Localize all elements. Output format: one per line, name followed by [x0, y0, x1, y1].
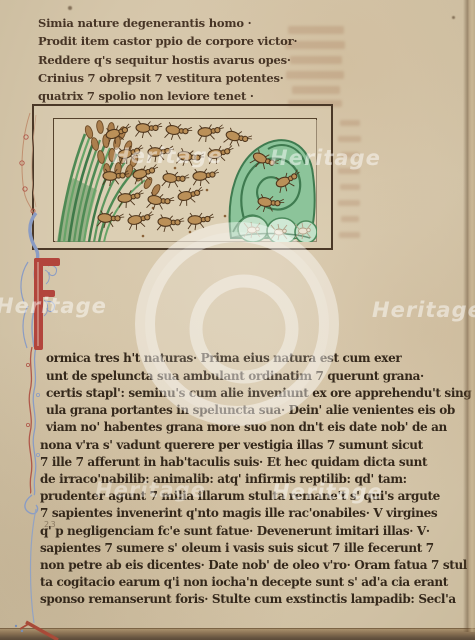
text-line: sapientes 7 sumere s' oleum i vasis suis… — [40, 540, 400, 557]
text-line: de irraco'nabilib: animalib: atq' infirm… — [40, 471, 400, 488]
text-line: sponso remanserunt foris· Stulte cum exs… — [40, 591, 400, 608]
heritage-watermark-text: Heritage — [372, 298, 475, 322]
text-line: prudenter agunt 7 milia illarum stulta r… — [40, 488, 400, 505]
page-right-edge — [463, 0, 475, 632]
ink-speck — [452, 16, 455, 19]
text-line: ta cogitacio earum q'i non iocha'n decep… — [40, 574, 400, 591]
text-line: ormica tres h't naturas· Prima eius natu… — [46, 350, 400, 367]
text-line: non petre ab eis dicentes· Date nob' de … — [40, 557, 400, 574]
text-line: 7 ille 7 afferunt in hab'taculis suis· E… — [40, 454, 400, 471]
text-line: q' p negligenciam fc'e sunt fatue· Deven… — [40, 523, 400, 540]
verse-line: quatrix 7 spolio non leviore tenet · — [38, 87, 338, 105]
parchment-page: Simia nature degenerantis homo · Prodit … — [0, 0, 475, 640]
text-line: unt de speluncta sua ambulant ordinatim … — [46, 368, 400, 385]
text-line: viam no' habentes grana more suo non dn'… — [46, 419, 400, 436]
text-line: certis stapl': seminu's cum alie inveniu… — [46, 385, 400, 402]
verse-line: Crinius 7 obrepsit 7 vestitura potentes· — [38, 69, 338, 87]
verse-line: Prodit item castor ppio de corpore victo… — [38, 32, 338, 50]
manuscript-photo: { "page": { "folio_number": "23", "initi… — [0, 0, 475, 640]
verse-line: Reddere q's sequitur hostis avarus opes· — [38, 51, 338, 69]
body-text-block: ormica tres h't naturas· Prima eius natu… — [18, 350, 400, 608]
text-line: ula grana portantes in speluncta sua· De… — [46, 402, 400, 419]
initial-filigree — [21, 262, 28, 348]
ants-miniature — [55, 120, 317, 242]
verse-line: Simia nature degenerantis homo · — [38, 14, 338, 32]
text-line: 7 sapientes invenerint q'nto magis ille … — [40, 505, 400, 522]
page-bottom-edge — [0, 628, 475, 640]
illuminated-initial: F — [14, 256, 62, 360]
ink-speck — [68, 6, 72, 10]
text-line: nona v'ra s' vadunt querere per vestigia… — [40, 437, 400, 454]
verse-block: Simia nature degenerantis homo · Prodit … — [38, 14, 338, 105]
